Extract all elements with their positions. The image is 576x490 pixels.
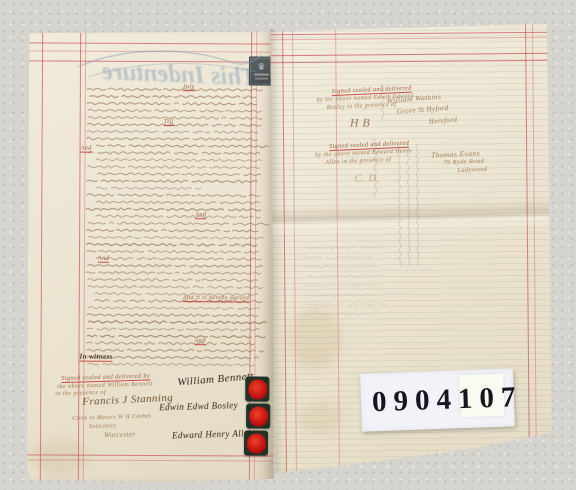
bleed-line xyxy=(304,284,378,287)
red-underlined-word: In witness xyxy=(79,354,112,362)
red-underlined-word: And xyxy=(195,212,206,219)
handwriting-line xyxy=(86,271,260,274)
handwriting-line xyxy=(97,159,262,162)
witness-town: Ladywood xyxy=(457,167,488,175)
header-flourish xyxy=(79,51,261,68)
paper-stain xyxy=(31,438,89,476)
handwriting-line xyxy=(97,201,260,204)
handwriting-line xyxy=(98,173,261,176)
handwriting-line xyxy=(87,342,257,345)
bleed-line xyxy=(305,246,383,249)
handwriting-line xyxy=(87,123,261,126)
handwriting-line xyxy=(87,102,258,105)
red-underlined-word: And xyxy=(81,146,92,153)
handwriting-line xyxy=(88,285,262,288)
bleed-line xyxy=(303,256,371,258)
handwriting-line xyxy=(87,356,262,359)
bleed-line xyxy=(304,265,378,268)
archive-number-label: 0904107 xyxy=(360,368,515,431)
handwriting-line xyxy=(90,95,256,98)
archive-number: 0904107 xyxy=(371,381,523,419)
handwriting-line xyxy=(88,264,262,267)
handwriting-line xyxy=(87,137,261,140)
document-left-page: This Indenture ♛ Signed sealed and deliv… xyxy=(27,30,275,482)
handwriting-line xyxy=(87,194,260,197)
handwriting-line xyxy=(86,229,257,232)
handwriting-line xyxy=(87,88,262,91)
red-underlined-word: Till xyxy=(164,119,174,126)
handwriting-line xyxy=(88,222,269,225)
handwriting-line xyxy=(89,236,264,239)
handwriting-line xyxy=(87,180,257,183)
handwriting-line xyxy=(87,243,257,246)
bleed-line xyxy=(307,294,377,297)
handwriting-line xyxy=(86,208,265,211)
handwriting-line xyxy=(87,314,257,317)
handwriting-line xyxy=(88,363,254,366)
handwriting-line xyxy=(86,349,267,352)
red-underlined-word: And xyxy=(195,338,206,345)
red-underlined-word: And it is hereby agreed xyxy=(183,295,250,303)
witness-town: Worcester xyxy=(104,431,136,439)
handwriting-line xyxy=(88,307,259,310)
handwriting-line xyxy=(87,250,263,253)
wax-seal-blob xyxy=(249,406,268,426)
bleed-column xyxy=(416,145,419,266)
handwriting-line xyxy=(88,328,259,331)
bleed-column xyxy=(407,145,410,265)
wax-seal xyxy=(246,404,270,429)
handwriting-line xyxy=(96,144,268,147)
handwriting-line xyxy=(89,116,263,119)
handwriting-line xyxy=(89,151,260,154)
handwriting-line xyxy=(87,130,258,133)
handwriting-line xyxy=(97,187,201,190)
paper-stain xyxy=(289,308,342,370)
witness-occupation: Solicitors xyxy=(89,423,116,430)
header-flourish xyxy=(89,63,255,78)
handwriting-line xyxy=(88,166,260,169)
bleed-column xyxy=(398,145,401,265)
wax-seal-blob xyxy=(246,433,265,453)
wax-seal-blob xyxy=(248,379,267,399)
handwriting-line xyxy=(88,278,258,281)
photograph-of-indenture-document: This Indenture ♛ Signed sealed and deliv… xyxy=(0,0,576,490)
wax-seal xyxy=(244,430,268,455)
bleed-line xyxy=(307,303,387,306)
witness-initials: C. D. xyxy=(354,173,380,184)
paper-stain xyxy=(299,402,341,434)
wax-seal xyxy=(245,376,269,401)
handwriting-line xyxy=(88,109,261,112)
handwriting-line xyxy=(96,215,263,218)
red-underlined-word: July xyxy=(183,84,195,91)
handwriting-line xyxy=(88,321,266,324)
handwriting-line xyxy=(96,257,260,260)
witness-initials: H B xyxy=(350,116,370,128)
red-underlined-word: And xyxy=(98,256,109,263)
bleed-line xyxy=(308,275,382,278)
handwriting-line xyxy=(87,335,265,338)
